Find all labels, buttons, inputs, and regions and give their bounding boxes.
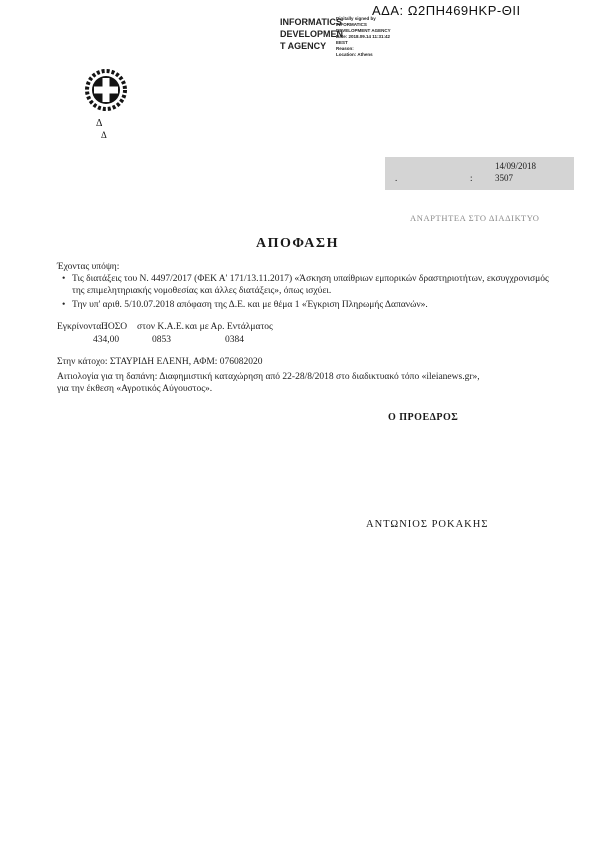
protocol-number: 3507 — [495, 173, 513, 183]
signature-stamp-agency: INFORMATICS DEVELOPMEN T AGENCY — [280, 16, 340, 52]
justification-line: για την έκθεση «Αγροτικός Αύγουστος». — [57, 383, 212, 395]
emblem-caption-glyph: Δ — [96, 118, 102, 129]
justification-line: Αιτιολογία για τη δαπάνη: Διαφημιστική κ… — [57, 371, 480, 383]
signer-name: ΑΝΤΩΝΙΟΣ ΡΟΚΑΚΗΣ — [366, 519, 488, 530]
signature-stamp-details: Digitally signed by INFORMATICS DEVELOPM… — [336, 16, 416, 58]
having-regard-label: Έχοντας υπόψη: — [57, 261, 119, 273]
signer-title: Ο ΠΡΟΕΔΡΟΣ — [388, 412, 458, 423]
legal-basis-bullet-1: • Τις διατάξεις του Ν. 4497/2017 (ΦΕΚ Α'… — [62, 273, 550, 297]
legal-basis-bullet-2: • Την υπ' αριθ. 5/10.07.2018 απόφαση της… — [62, 299, 572, 311]
document-page: ΑΔΑ: Ω2ΠΗ469ΗΚΡ-ΘΙΙ INFORMATICS DEVELOPM… — [0, 0, 595, 842]
approval-header-warrant: και με Αρ. Εντάλματος — [185, 321, 273, 333]
beneficiary-line: Στην κάτοχο: ΣΤΑΥΡΙΔΗ ΕΛΕΝΗ, ΑΦΜ: 076082… — [57, 356, 263, 368]
stamp-agency-line: INFORMATICS — [280, 16, 340, 28]
bullet-icon: • — [62, 299, 72, 311]
protocol-box: 14/09/2018 . : 3507 — [385, 157, 574, 190]
approval-header-kae: στον Κ.Α.Ε. — [137, 321, 184, 333]
stamp-agency-line: T AGENCY — [280, 40, 340, 52]
stamp-detail-line: Location: Athens — [336, 52, 416, 58]
bullet-text: Την υπ' αριθ. 5/10.07.2018 απόφαση της Δ… — [72, 299, 428, 311]
approval-intro-label: Εγκρίνονται: — [57, 321, 106, 333]
approval-kae-value: 0853 — [152, 334, 171, 346]
bullet-text: Τις διατάξεις του Ν. 4497/2017 (ΦΕΚ Α' 1… — [72, 273, 550, 297]
protocol-label-colon: : — [470, 173, 473, 183]
approval-warrant-value: 0384 — [225, 334, 244, 346]
web-posting-note: ΑΝΑΡΤΗΤΕΑ ΣΤΟ ΔΙΑΔΙΚΤΥΟ — [410, 213, 539, 223]
hellenic-republic-emblem-icon — [84, 66, 128, 123]
protocol-place-placeholder: . — [395, 173, 397, 183]
emblem-caption-glyph: Δ — [101, 130, 107, 140]
decision-title: ΑΠΟΦΑΣΗ — [0, 236, 595, 252]
approval-header-amount: ΠΟΣΟ — [101, 321, 127, 333]
protocol-date: 14/09/2018 — [495, 161, 536, 171]
approval-amount-value: 434,00 — [93, 334, 119, 346]
stamp-agency-line: DEVELOPMEN — [280, 28, 340, 40]
bullet-icon: • — [62, 273, 72, 297]
